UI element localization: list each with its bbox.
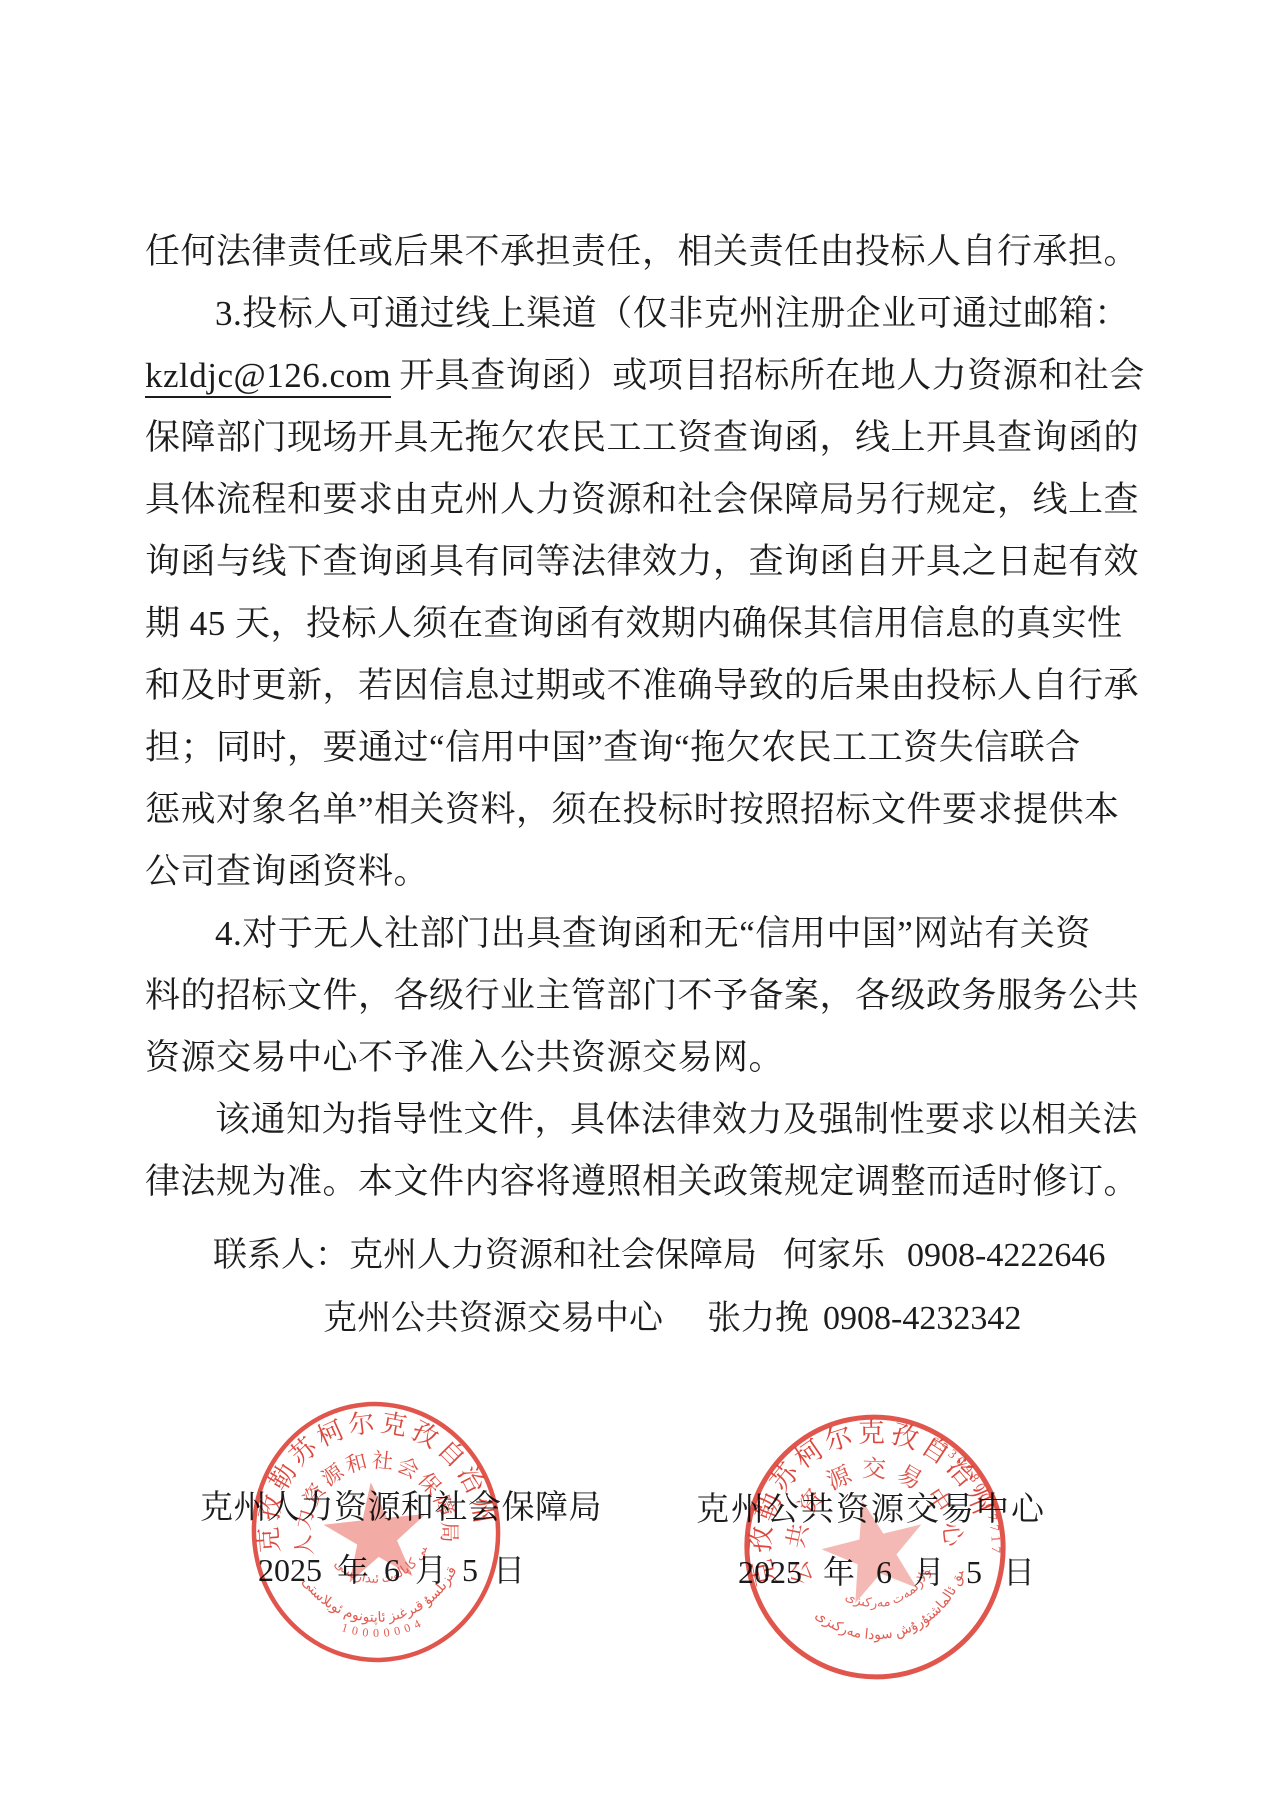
contact-org: 克州人力资源和社会保障局 — [349, 1237, 757, 1274]
body-text-block: 任何法律责任或后果不承担责任，相关责任由投标人自行承担。 3.投标人可通过线上渠… — [145, 221, 1005, 1213]
official-seal-hr-bureau: 克孜勒苏柯尔克孜自治州 人力资源和社会保障局 قىزىلسۇ قىرغىز ئا… — [248, 1398, 504, 1664]
contact-line-hr-bureau: 联系人：克州人力资源和社会保障局何家乐0908-4222646 — [145, 1224, 1045, 1287]
scanned-notice-page: 任何法律责任或后果不承担责任，相关责任由投标人自行承担。 3.投标人可通过线上渠… — [0, 0, 1280, 1799]
contact-phone: 0908-4222646 — [907, 1237, 1105, 1274]
body-line: 具体流程和要求由克州人力资源和社会保障局另行规定，线上查 — [145, 469, 1005, 531]
contact-org: 克州公共资源交易中心 — [323, 1300, 663, 1337]
body-line: 公司查询函资料。 — [145, 841, 1005, 903]
contact-label: 联系人： — [213, 1237, 349, 1274]
body-line: 该通知为指导性文件，具体法律效力及强制性要求以相关法 — [145, 1089, 1005, 1151]
body-line: 3.投标人可通过线上渠道（仅非克州注册企业可通过邮箱： — [145, 283, 1005, 345]
body-line: 期 45 天，投标人须在查询函有效期内确保其信用信息的真实性 — [145, 593, 1005, 655]
contact-phone: 0908-4232342 — [823, 1300, 1021, 1337]
svg-text:قىزىلسۇ قىرغىز ئاپتونوم ئوبلاس: قىزىلسۇ قىرغىز ئاپتونوم ئوبلاستى — [298, 1559, 465, 1634]
body-line: 保障部门现场开具无拖欠农民工工资查询函，线上开具查询函的 — [145, 407, 1005, 469]
body-line: 惩戒对象名单”相关资料，须在投标时按照招标文件要求提供本 — [145, 779, 1005, 841]
contact-person: 张力挽 — [707, 1300, 809, 1337]
body-line: 询函与线下查询函具有同等法律效力，查询函自开具之日起有效 — [145, 531, 1005, 593]
seal-uyghur-text: قىزىلسۇ قىرغىز ئاپتونوم ئوبلاستى — [298, 1559, 465, 1634]
body-line: 资源交易中心不予准入公共资源交易网。 — [145, 1027, 1005, 1089]
email-address: kzldjc@126.com — [145, 356, 391, 398]
body-line: 担；同时，要通过“信用中国”查询“拖欠农民工工资失信联合 — [145, 717, 1005, 779]
body-line: kzldjc@126.com开具查询函）或项目招标所在地人力资源和社会 — [145, 345, 1005, 407]
body-line: 4.对于无人社部门出具查询函和无“信用中国”网站有关资 — [145, 903, 1005, 965]
official-seal-trade-center: 克孜勒苏柯尔克孜自治州 公共资源交易中心 ئورتاق بايلىق ئالما… — [741, 1413, 1009, 1681]
body-line: 律法规为准。本文件内容将遵照相关政策规定调整而适时修订。 — [145, 1151, 1005, 1213]
body-line: 和及时更新，若因信息过期或不准确导致的后果由投标人自行承 — [145, 655, 1005, 717]
body-line-text: 开具查询函）或项目招标所在地人力资源和社会 — [399, 356, 1145, 395]
contact-line-trade-center: 克州公共资源交易中心张力挽0908-4232342 — [145, 1287, 1045, 1350]
body-line: 料的招标文件，各级行业主管部门不予备案，各级政务服务公共 — [145, 965, 1005, 1027]
body-line: 任何法律责任或后果不承担责任，相关责任由投标人自行承担。 — [145, 221, 1005, 283]
contact-block: 联系人：克州人力资源和社会保障局何家乐0908-4222646 克州公共资源交易… — [145, 1224, 1045, 1350]
contact-person: 何家乐 — [783, 1237, 885, 1274]
